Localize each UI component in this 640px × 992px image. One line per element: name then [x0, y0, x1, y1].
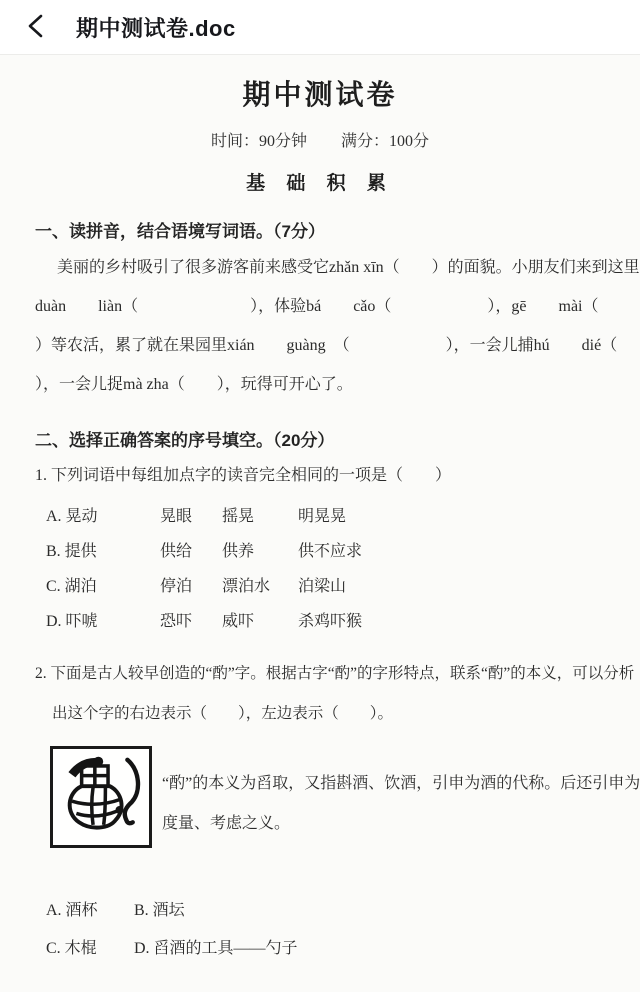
part2-heading: 二、选择正确答案的序号填空。（20分）: [35, 426, 610, 451]
option-word: 威吓: [222, 604, 298, 639]
exam-full-score: 满分：100分: [341, 133, 429, 150]
option-word: 漂泊水: [222, 569, 298, 604]
note-line: “酌”的本义为舀取，又指斟酒、饮酒，引申为酒的代称。后还引申为: [162, 764, 640, 804]
option-row-b: B. 提供 供给 供养 供不应求: [46, 534, 640, 569]
part1-heading: 一、读拼音，结合语境写词语。（7分）: [35, 217, 610, 242]
option-word: A. 晃动: [46, 499, 160, 534]
option-row-a: A. 晃动 晃眼 摇晃 明晃晃: [46, 499, 640, 534]
option-row-ab: A. 酒杯 B. 酒坛: [46, 892, 640, 930]
option-row-cd: C. 木棍 D. 舀酒的工具——勺子: [46, 930, 640, 968]
option-word: 明晃晃: [298, 499, 640, 534]
appbar: 期中测试卷.doc: [0, 0, 640, 55]
option-word: D. 吓唬: [46, 604, 160, 639]
question1-stem: 1. 下列词语中每组加点字的读音完全相同的一项是（ ）: [35, 464, 610, 488]
option-b: B. 酒坛: [134, 892, 640, 930]
option-word: 停泊: [160, 569, 222, 604]
back-button[interactable]: [24, 7, 64, 47]
glyph-explanation: “酌”的本义为舀取，又指斟酒、饮酒，引申为酒的代称。后还引申为 度量、考虑之义。: [162, 746, 640, 844]
section-title-basics: 基 础 积 累: [0, 168, 640, 195]
option-word: 供给: [160, 534, 222, 569]
option-word: 杀鸡吓猴: [298, 604, 640, 639]
exam-title: 期中测试卷: [0, 79, 640, 113]
option-row-c: C. 湖泊 停泊 漂泊水 泊梁山: [46, 569, 640, 604]
note-line: 度量、考虑之义。: [162, 804, 640, 844]
question2-figure: “酌”的本义为舀取，又指斟酒、饮酒，引申为酒的代称。后还引申为 度量、考虑之义。: [50, 746, 640, 848]
question2-stem: 2. 下面是古人较早创造的“酌”字。根据古字“酌”的字形特点，联系“酌”的本义，…: [0, 654, 640, 734]
stem-line: 出这个字的右边表示（ ），左边表示（ ）。: [0, 694, 640, 734]
chevron-left-icon: [24, 13, 50, 42]
question1-options: A. 晃动 晃眼 摇晃 明晃晃 B. 提供 供给 供养 供不应求 C. 湖泊 停…: [46, 499, 640, 639]
ancient-zhuo-glyph-icon: [57, 751, 145, 844]
passage-line: duàn liàn（ ），体验bá cǎo（ ），gē mài（: [0, 287, 640, 326]
option-word: B. 提供: [46, 534, 160, 569]
stem-line: 2. 下面是古人较早创造的“酌”字。根据古字“酌”的字形特点，联系“酌”的本义，…: [0, 654, 640, 694]
option-word: 供不应求: [298, 534, 640, 569]
passage-line: 美丽的乡村吸引了很多游客前来感受它zhǎn xīn（ ）的面貌。小朋友们来到这里: [0, 248, 640, 287]
option-d: D. 舀酒的工具——勺子: [134, 930, 640, 968]
option-word: 供养: [222, 534, 298, 569]
question2-options: A. 酒杯 B. 酒坛 C. 木棍 D. 舀酒的工具——勺子: [46, 892, 640, 968]
document-page[interactable]: 期中测试卷 时间：90分钟 满分：100分 基 础 积 累 一、读拼音，结合语境…: [0, 55, 640, 968]
option-word: 泊梁山: [298, 569, 640, 604]
document-filename: 期中测试卷.doc: [76, 12, 236, 43]
passage-line: ），一会儿捉mà zha（ ），玩得可开心了。: [0, 365, 640, 404]
option-word: 晃眼: [160, 499, 222, 534]
option-word: 恐吓: [160, 604, 222, 639]
zhuo-glyph-figure: [50, 746, 152, 848]
exam-meta: 时间：90分钟 满分：100分: [0, 128, 640, 151]
exam-time: 时间：90分钟: [211, 133, 307, 150]
part1-passage: 美丽的乡村吸引了很多游客前来感受它zhǎn xīn（ ）的面貌。小朋友们来到这里…: [0, 248, 640, 404]
option-a: A. 酒杯: [46, 892, 134, 930]
passage-line: ）等农活，累了就在果园里xián guàng （ ），一会儿捕hú dié（: [0, 326, 640, 365]
option-c: C. 木棍: [46, 930, 134, 968]
option-word: 摇晃: [222, 499, 298, 534]
option-word: C. 湖泊: [46, 569, 160, 604]
option-row-d: D. 吓唬 恐吓 威吓 杀鸡吓猴: [46, 604, 640, 639]
